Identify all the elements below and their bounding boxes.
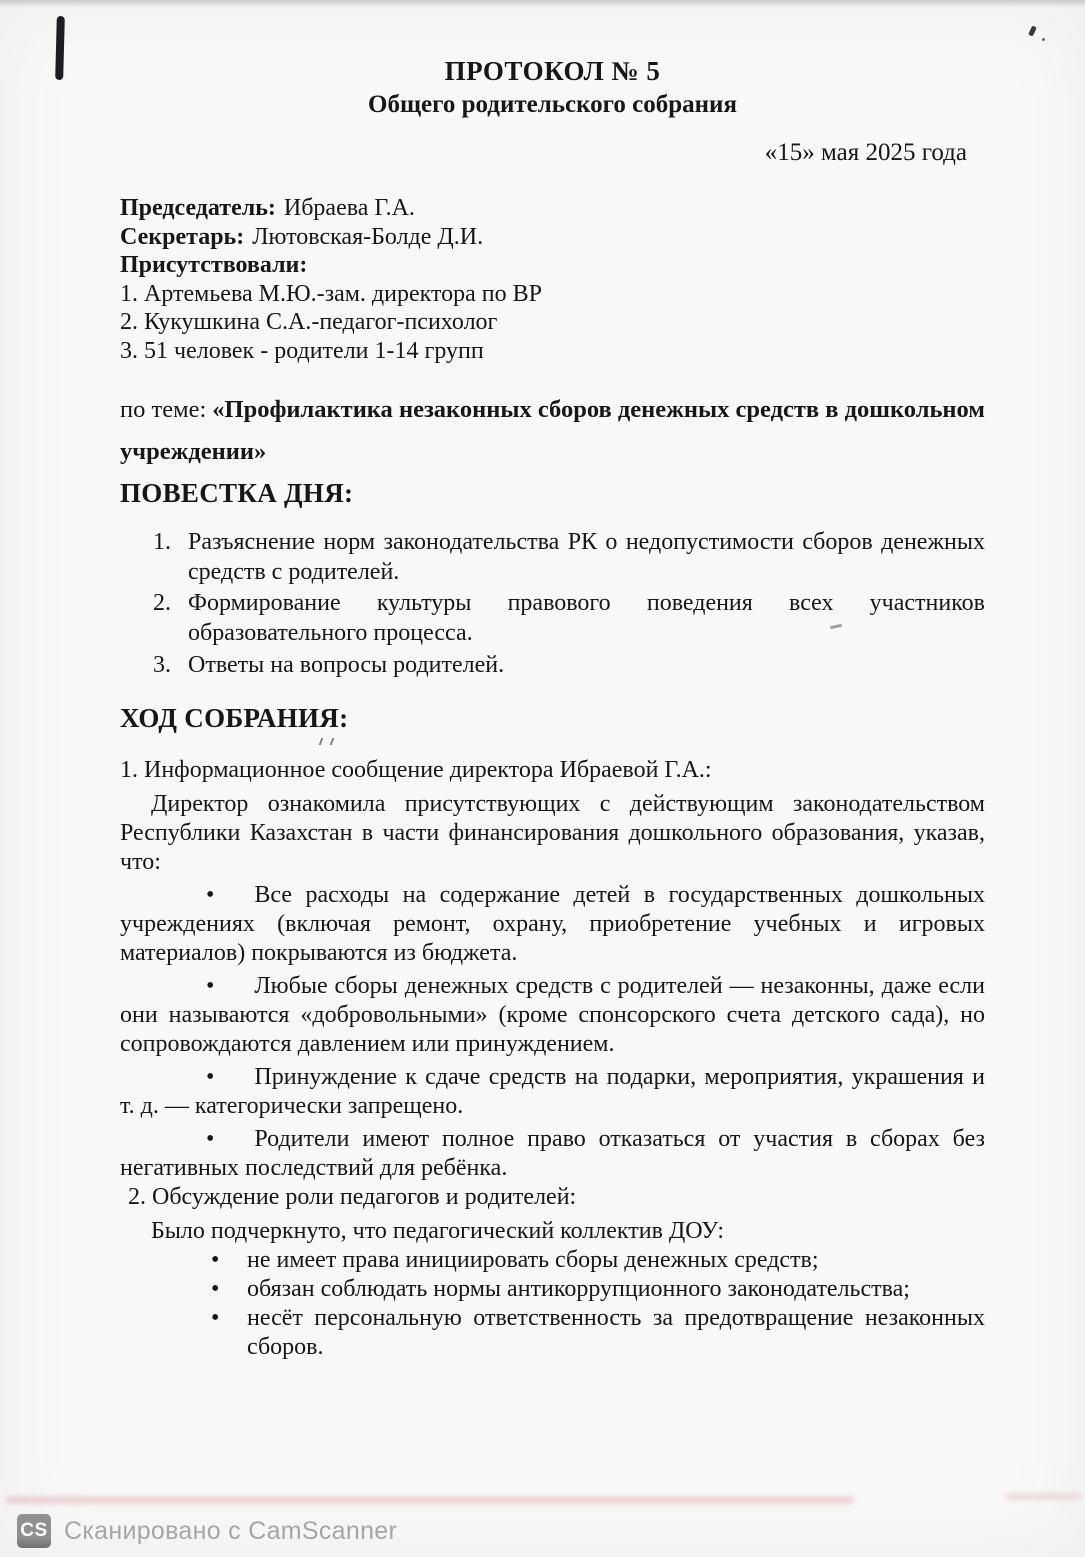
attendee-line: 2. Кукушкина С.А.-педагог-психолог	[120, 308, 985, 337]
agenda-heading: ПОВЕСТКА ДНЯ:	[120, 475, 985, 511]
bullet-text: не имеет права инициировать сборы денежн…	[247, 1246, 985, 1275]
chairman-name: Ибраева Г.А.	[284, 195, 415, 221]
bullet-icon: •	[206, 882, 254, 908]
scan-speck	[1028, 25, 1037, 36]
section2-bullet-item: • обязан соблюдать нормы антикоррупционн…	[120, 1275, 985, 1304]
section1-bullet-item: •Любые сборы денежных средств с родителе…	[120, 972, 985, 1059]
meeting-topic: по теме:«Профилактика незаконных сборов …	[120, 389, 985, 473]
meeting-officials-block: Председатель:Ибраева Г.А. Секретарь:Люто…	[120, 194, 985, 366]
bullet-icon: •	[211, 1275, 247, 1304]
chairman-label: Председатель:	[120, 195, 276, 221]
section1-bullet-item: •Принуждение к сдаче средств на подарки,…	[120, 1063, 985, 1121]
proceedings-heading: ХОД СОБРАНИЯ:	[120, 700, 985, 736]
bullet-text: обязан соблюдать нормы антикоррупционног…	[247, 1275, 985, 1304]
agenda-item-number: 3.	[153, 650, 188, 680]
watermark-smear	[6, 1496, 854, 1504]
section2-bullet-item: • не имеет права инициировать сборы дене…	[120, 1246, 985, 1275]
attendee-line: 3. 51 человек - родители 1-14 групп	[120, 337, 985, 366]
document-content: ПРОТОКОЛ № 5 Общего родительского собран…	[120, 0, 985, 1362]
agenda-item-text: Разъяснение норм законодательства РК о н…	[188, 527, 985, 588]
bullet-icon: •	[211, 1304, 247, 1362]
attendees-label: Присутствовали:	[120, 251, 985, 280]
bullet-icon: •	[206, 1064, 254, 1090]
agenda-item-text: Формирование культуры правового поведени…	[188, 588, 985, 649]
section1-bullet-item: •Родители имеют полное право отказаться …	[120, 1125, 985, 1183]
section2-bullet-item: • несёт персональную ответственность за …	[120, 1304, 985, 1362]
chairman-line: Председатель:Ибраева Г.А.	[120, 194, 985, 223]
scan-ink-mark	[55, 16, 65, 80]
camscanner-watermark-text: Сканировано с CamScanner	[64, 1517, 397, 1546]
section1-bullet-item: •Все расходы на содержание детей в госуд…	[120, 881, 985, 968]
secretary-name: Лютовская-Болде Д.И.	[252, 224, 483, 250]
agenda-item-number: 1.	[153, 527, 188, 588]
bullet-icon: •	[206, 1126, 254, 1152]
section2-title: 2. Обсуждение роли педагогов и родителей…	[120, 1183, 985, 1212]
agenda-item: 1. Разъяснение норм законодательства РК …	[120, 527, 985, 588]
agenda-item-text: Ответы на вопросы родителей.	[188, 650, 985, 680]
agenda-list: 1. Разъяснение норм законодательства РК …	[120, 527, 985, 680]
topic-prefix: по теме:	[120, 396, 206, 423]
bullet-icon: •	[206, 973, 254, 999]
document-date: «15» мая 2025 года	[120, 138, 967, 168]
agenda-item: 3. Ответы на вопросы родителей.	[120, 650, 985, 680]
document-subtitle: Общего родительского собрания	[120, 88, 985, 122]
secretary-label: Секретарь:	[120, 224, 244, 250]
agenda-item-number: 2.	[153, 588, 188, 649]
section2-intro: Было подчеркнуто, что педагогический кол…	[120, 1217, 985, 1246]
attendee-line: 1. Артемьева М.Ю.-зам. директора по ВР	[120, 280, 985, 309]
bullet-icon: •	[211, 1246, 247, 1275]
scanned-document-page: ПРОТОКОЛ № 5 Общего родительского собран…	[0, 0, 1085, 1557]
topic-title: «Профилактика незаконных сборов денежных…	[120, 396, 985, 465]
camscanner-badge-icon: CS	[17, 1514, 51, 1548]
document-title: ПРОТОКОЛ № 5	[120, 54, 985, 88]
bullet-text: несёт персональную ответственность за пр…	[247, 1304, 985, 1362]
scan-speck	[1042, 38, 1045, 41]
secretary-line: Секретарь:Лютовская-Болде Д.И.	[120, 223, 985, 252]
agenda-item: 2. Формирование культуры правового повед…	[120, 588, 985, 649]
section1-intro: Директор ознакомила присутствующих с дей…	[120, 790, 985, 877]
watermark-smear	[1006, 1493, 1080, 1500]
section1-title: 1. Информационное сообщение директора Иб…	[120, 756, 985, 785]
